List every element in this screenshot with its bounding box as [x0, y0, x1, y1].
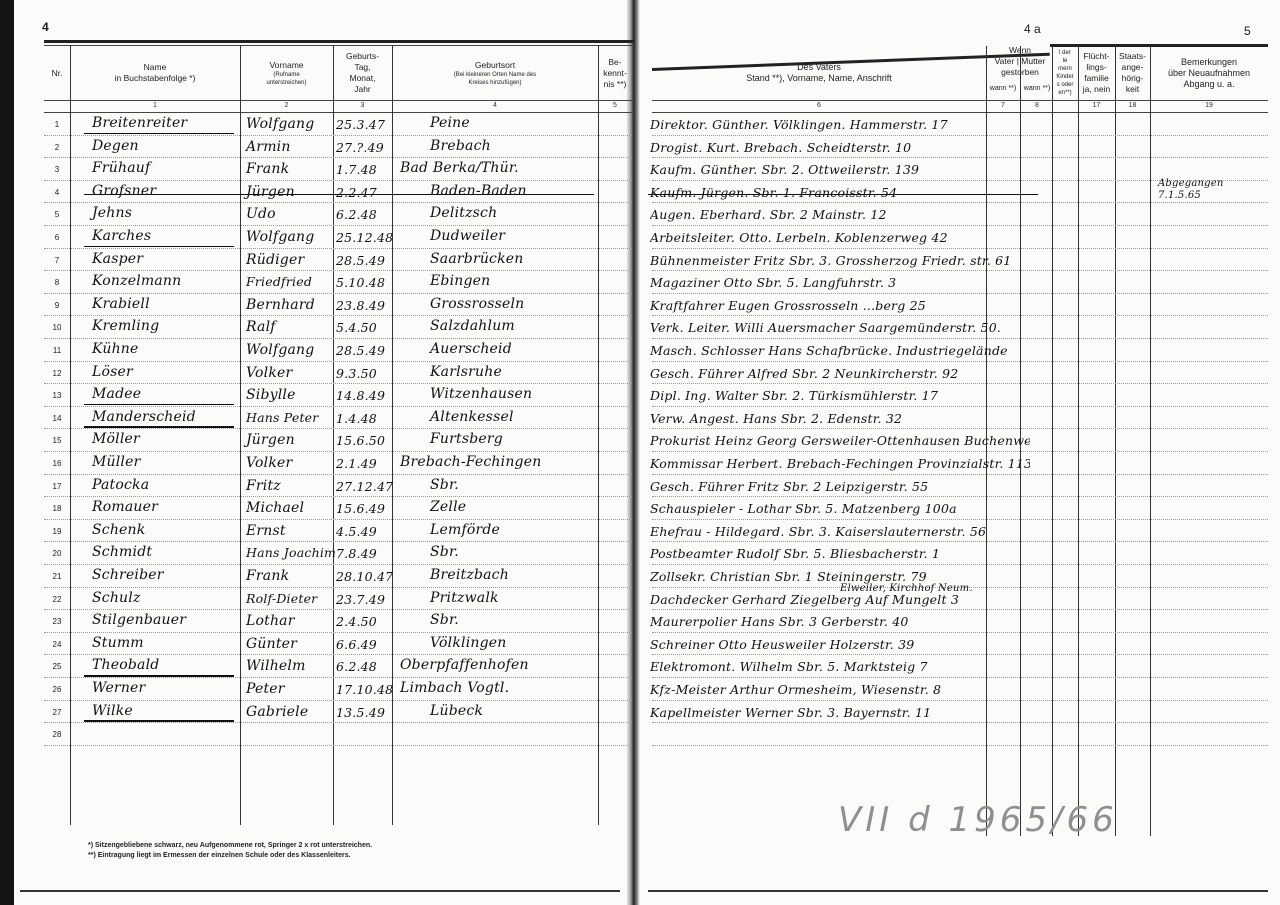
column-divider-right	[1078, 46, 1079, 836]
row-number: 5	[47, 210, 67, 219]
student-surname[interactable]: Möller	[92, 431, 140, 447]
bottom-rule-left	[20, 890, 620, 892]
column-number: 2	[240, 102, 333, 109]
student-firstname[interactable]: Volker	[246, 455, 292, 471]
student-firstname[interactable]: Wilhelm	[246, 658, 306, 674]
birth-place[interactable]: Grossrosseln	[430, 296, 524, 312]
father-info[interactable]: Elektromont. Wilhelm Sbr. 5. Marktsteig …	[650, 659, 928, 674]
birth-place[interactable]: Sbr.	[430, 612, 459, 628]
birth-place[interactable]: Witzenhausen	[430, 386, 532, 402]
birth-place[interactable]: Oberpfaffenhofen	[400, 657, 529, 673]
birth-place[interactable]: Lemförde	[430, 522, 500, 538]
father-info[interactable]: Gesch. Führer Alfred Sbr. 2 Neunkirchers…	[650, 366, 958, 381]
student-firstname[interactable]: Udo	[246, 206, 276, 222]
row-line	[652, 677, 1268, 678]
birth-date[interactable]: 28.10.47	[336, 569, 393, 584]
column-number: 7	[986, 102, 1020, 109]
column-header-partial: l derlemernKinders oderen**)	[1052, 46, 1078, 100]
header-rule-left	[44, 100, 634, 101]
row-line	[652, 202, 1268, 203]
student-firstname[interactable]: Armin	[246, 139, 291, 155]
row-number: 22	[47, 595, 67, 604]
column-divider-right	[1115, 46, 1116, 836]
name-underline	[84, 404, 234, 406]
row-line	[652, 745, 1268, 746]
student-firstname[interactable]: Frank	[246, 568, 289, 584]
student-surname[interactable]: Frühauf	[92, 160, 150, 176]
remark-departure[interactable]: Abgegangen 7.1.5.65	[1158, 178, 1224, 202]
row-line	[44, 202, 632, 203]
student-surname[interactable]: Werner	[92, 680, 145, 696]
birth-date[interactable]: 4.5.49	[336, 524, 377, 539]
row-number: 6	[47, 233, 67, 242]
birth-place[interactable]: Zelle	[430, 499, 466, 515]
row-line	[44, 700, 632, 701]
father-info[interactable]: Dipl. Ing. Walter Sbr. 2. Türkismühlerst…	[650, 388, 938, 403]
student-surname[interactable]: Degen	[92, 138, 139, 154]
student-surname[interactable]: Stilgenbauer	[92, 612, 186, 628]
birth-place[interactable]: Pritzwalk	[430, 590, 499, 606]
row-line	[652, 248, 1268, 249]
scan-edge-left	[0, 0, 14, 905]
row-line	[44, 180, 632, 181]
birth-place[interactable]: Breitzbach	[430, 567, 509, 583]
header-rule-right	[652, 100, 1268, 101]
student-firstname[interactable]: Fritz	[246, 478, 281, 494]
birth-date[interactable]: 27.?.49	[336, 140, 384, 155]
birth-place[interactable]: Lübeck	[430, 703, 483, 719]
birth-date[interactable]: 25.12.48	[336, 230, 393, 245]
row-number: 3	[47, 165, 67, 174]
row-line	[44, 451, 632, 452]
row-line	[44, 428, 632, 429]
row-strikethrough-left	[84, 194, 594, 196]
row-line	[44, 564, 632, 565]
row-line	[44, 248, 632, 249]
row-line	[44, 157, 632, 158]
student-firstname[interactable]: Rolf-Dieter	[246, 591, 317, 606]
page-number-middle: 4 a	[1024, 22, 1041, 36]
name-underline	[84, 133, 234, 135]
row-number: 10	[47, 323, 67, 332]
father-info[interactable]: Ehefrau - Hildegard. Sbr. 3. Kaiserslaut…	[650, 524, 986, 539]
student-surname[interactable]: Patocka	[92, 477, 149, 493]
column-header-geburtsort: Geburtsort(Bei kleineren Orten Name desK…	[392, 46, 598, 100]
page-number-right: 5	[1244, 24, 1251, 38]
birth-date[interactable]: 15.6.49	[336, 501, 385, 516]
column-number: 1	[70, 102, 240, 109]
row-line	[652, 293, 1268, 294]
column-divider-left	[392, 45, 393, 825]
father-info[interactable]: Schauspieler - Lothar Sbr. 5. Matzenberg…	[650, 501, 957, 516]
father-info[interactable]: Postbeamter Rudolf Sbr. 5. Bliesbacherst…	[650, 546, 940, 561]
student-firstname[interactable]: Bernhard	[246, 297, 315, 313]
row-line	[44, 135, 632, 136]
student-surname[interactable]: Kasper	[92, 251, 143, 267]
row-strikethrough-right	[648, 194, 1038, 196]
father-info[interactable]: Kommissar Herbert. Brebach-Fechingen Pro…	[650, 456, 1030, 471]
birth-place[interactable]: Limbach Vogtl.	[400, 680, 509, 696]
student-firstname[interactable]: Friedfried	[246, 274, 312, 289]
column-divider-right	[1150, 46, 1151, 836]
birth-place[interactable]: Baden-Baden	[430, 183, 527, 199]
birth-date[interactable]: 5.4.50	[336, 320, 377, 335]
column-number: 3	[333, 102, 392, 109]
row-number: 8	[47, 278, 67, 287]
student-surname[interactable]: Müller	[92, 454, 140, 470]
father-info[interactable]: Drogist. Kurt. Brebach. Scheidterstr. 10	[650, 140, 911, 155]
row-line	[44, 677, 632, 678]
column-header-vater: Des VatersStand **), Vorname, Name, Ansc…	[652, 46, 986, 100]
student-firstname[interactable]: Volker	[246, 365, 292, 381]
birth-date[interactable]: 15.6.50	[336, 433, 385, 448]
row-line	[44, 722, 632, 723]
name-underline	[84, 720, 234, 722]
birth-date[interactable]: 17.10.48	[336, 682, 393, 697]
father-info[interactable]: Magaziner Otto Sbr. 5. Langfuhrstr. 3	[650, 275, 896, 290]
row-line	[652, 361, 1268, 362]
father-info[interactable]: Dachdecker Gerhard Ziegelberg Auf Mungel…	[650, 592, 959, 607]
row-number: 9	[47, 301, 67, 310]
student-firstname[interactable]: Ernst	[246, 523, 286, 539]
pencil-class-annotation: VII d 1965/66	[838, 800, 1118, 840]
student-surname[interactable]: Breitenreiter	[92, 115, 187, 131]
student-firstname[interactable]: Michael	[246, 500, 304, 516]
row-line	[44, 383, 632, 384]
row-number: 12	[47, 369, 67, 378]
birth-place[interactable]: Brebach	[430, 138, 491, 154]
birth-place[interactable]: Sbr.	[430, 477, 459, 493]
row-line	[44, 338, 632, 339]
row-number: 23	[47, 617, 67, 626]
student-firstname[interactable]: Frank	[246, 161, 289, 177]
column-number: 17	[1078, 102, 1115, 109]
row-line	[652, 541, 1268, 542]
student-firstname[interactable]: Jürgen	[246, 184, 295, 200]
birth-date[interactable]: 23.7.49	[336, 592, 385, 607]
father-info[interactable]: Kapellmeister Werner Sbr. 3. Bayernstr. …	[650, 705, 931, 720]
student-surname[interactable]: Jehns	[92, 205, 132, 221]
birth-place[interactable]: Brebach-Fechingen	[400, 454, 541, 470]
row-line	[652, 609, 1268, 610]
birth-place[interactable]: Bad Berka/Thür.	[400, 160, 519, 176]
column-number: 6	[652, 102, 986, 109]
name-underline	[84, 246, 234, 248]
student-surname[interactable]: Kremling	[92, 318, 159, 334]
column-number: 5	[598, 102, 632, 109]
row-number: 24	[47, 640, 67, 649]
student-firstname[interactable]: Hans Peter	[246, 410, 318, 425]
student-surname[interactable]: Wilke	[92, 703, 133, 719]
birth-place[interactable]: Sbr.	[430, 544, 459, 560]
father-info[interactable]: Kfz-Meister Arthur Ormesheim, Wiesenstr.…	[650, 682, 941, 697]
row-number: 4	[47, 188, 67, 197]
row-line	[44, 609, 632, 610]
top-rule-left	[44, 40, 634, 43]
student-surname[interactable]: Grofsner	[92, 183, 156, 199]
column-header-staats: Staats-ange-hörig-keit	[1115, 46, 1150, 100]
birth-place[interactable]: Peine	[430, 115, 470, 131]
row-number: 18	[47, 504, 67, 513]
row-number: 13	[47, 391, 67, 400]
father-info[interactable]: Kraftfahrer Eugen Grossrosseln ...berg 2…	[650, 298, 926, 313]
column-divider-left	[333, 45, 334, 825]
colnum-rule-right	[652, 112, 1268, 113]
student-firstname[interactable]: Peter	[246, 681, 285, 697]
student-firstname[interactable]: Ralf	[246, 319, 276, 335]
row-line	[652, 406, 1268, 407]
student-surname[interactable]: Stumm	[92, 635, 144, 651]
father-info[interactable]: Verk. Leiter. Willi Auersmacher Saargemü…	[650, 320, 1001, 335]
birth-place[interactable]: Karlsruhe	[430, 364, 502, 380]
row-line	[652, 722, 1268, 723]
row-number: 28	[47, 730, 67, 739]
column-divider-left	[70, 45, 71, 825]
row-number: 15	[47, 436, 67, 445]
student-surname[interactable]: Löser	[92, 364, 133, 380]
row-line	[44, 225, 632, 226]
student-firstname[interactable]: Gabriele	[246, 704, 308, 720]
birth-place[interactable]: Delitzsch	[430, 205, 497, 221]
row-line	[44, 519, 632, 520]
row-line	[652, 157, 1268, 158]
row-line	[44, 587, 632, 588]
birth-date[interactable]: 23.8.49	[336, 298, 385, 313]
column-header-name: Namein Buchstabenfolge *)	[70, 46, 240, 100]
column-number: 4	[392, 102, 598, 109]
row-line	[652, 496, 1268, 497]
student-surname[interactable]: Schreiber	[92, 567, 164, 583]
row-line	[44, 406, 632, 407]
row-line	[652, 654, 1268, 655]
birth-date[interactable]: 7.8.49	[336, 546, 377, 561]
father-info[interactable]: Gesch. Führer Fritz Sbr. 2 Leipzigerstr.…	[650, 479, 928, 494]
birth-date[interactable]: 5.10.48	[336, 275, 385, 290]
birth-place[interactable]: Dudweiler	[430, 228, 505, 244]
student-surname[interactable]: Karches	[92, 228, 151, 244]
row-number: 16	[47, 459, 67, 468]
row-line	[44, 270, 632, 271]
birth-date[interactable]: 1.4.48	[336, 411, 377, 426]
footnote-2: **) Eintragung liegt im Ermessen der ein…	[88, 852, 351, 859]
column-number: 19	[1150, 102, 1268, 109]
birth-place[interactable]: Furtsberg	[430, 431, 503, 447]
row-line	[44, 632, 632, 633]
birth-place[interactable]: Völklingen	[430, 635, 506, 651]
father-info[interactable]: Direktor. Günther. Völklingen. Hammerstr…	[650, 117, 948, 132]
row-line	[652, 135, 1268, 136]
father-info[interactable]: Masch. Schlosser Hans Schafbrücke. Indus…	[650, 343, 1008, 358]
row-number: 25	[47, 662, 67, 671]
row-line	[44, 496, 632, 497]
birth-date[interactable]: 1.7.48	[336, 162, 377, 177]
student-firstname[interactable]: Hans Joachim	[246, 545, 336, 560]
column-header-nr: Nr.	[44, 46, 70, 100]
column-header-wann_mutter: wann **)	[1020, 78, 1054, 98]
birth-date[interactable]: 28.5.49	[336, 253, 385, 268]
student-surname[interactable]: Theobald	[92, 657, 159, 673]
birth-date[interactable]: 2.4.50	[336, 614, 377, 629]
birth-date[interactable]: 6.2.48	[336, 659, 377, 674]
row-line	[652, 451, 1268, 452]
father-address-correction[interactable]: Elweiler, Kirchhof Neum.	[840, 583, 973, 594]
student-surname[interactable]: Krabiell	[92, 296, 150, 312]
student-surname[interactable]: Kühne	[92, 341, 139, 357]
row-number: 20	[47, 549, 67, 558]
row-number: 26	[47, 685, 67, 694]
birth-date[interactable]: 27.12.47	[336, 479, 393, 494]
row-line	[652, 632, 1268, 633]
student-firstname[interactable]: Lothar	[246, 613, 295, 629]
row-line	[652, 428, 1268, 429]
father-info[interactable]: Kaufm. Günther. Sbr. 2. Ottweilerstr. 13…	[650, 162, 919, 177]
row-number: 19	[47, 527, 67, 536]
father-info[interactable]: Arbeitsleiter. Otto. Lerbeln. Koblenzerw…	[650, 230, 948, 245]
row-line	[44, 293, 632, 294]
student-firstname[interactable]: Jürgen	[246, 432, 295, 448]
father-info[interactable]: Prokurist Heinz Georg Gersweiler-Ottenha…	[650, 433, 1030, 448]
student-surname[interactable]: Romauer	[92, 499, 158, 515]
student-surname[interactable]: Schmidt	[92, 544, 152, 560]
birth-place[interactable]: Salzdahlum	[430, 318, 515, 334]
footnote-1: *) Sitzengebliebene schwarz, neu Aufgeno…	[88, 842, 372, 849]
birth-place[interactable]: Ebingen	[430, 273, 490, 289]
father-info[interactable]: Schreiner Otto Heusweiler Holzerstr. 39	[650, 637, 914, 652]
birth-place[interactable]: Saarbrücken	[430, 251, 523, 267]
birth-date[interactable]: 6.2.48	[336, 207, 377, 222]
row-number: 14	[47, 414, 67, 423]
student-surname[interactable]: Manderscheid	[92, 409, 196, 425]
student-surname[interactable]: Schulz	[92, 590, 141, 606]
colnum-rule-left	[44, 112, 634, 113]
row-line	[652, 225, 1268, 226]
birth-date[interactable]: 14.8.49	[336, 388, 385, 403]
row-line	[652, 564, 1268, 565]
student-firstname[interactable]: Wolfgang	[246, 229, 314, 245]
student-firstname[interactable]: Günter	[246, 636, 297, 652]
column-header-bemerk: Bemerkungenüber NeuaufnahmenAbgang u. a.	[1150, 46, 1268, 100]
row-line	[44, 541, 632, 542]
column-number: 8	[1020, 102, 1054, 109]
birth-date[interactable]: 28.5.49	[336, 343, 385, 358]
row-line	[652, 315, 1268, 316]
father-info[interactable]: Maurerpolier Hans Sbr. 3 Gerberstr. 40	[650, 614, 909, 629]
father-info[interactable]: Verw. Angest. Hans Sbr. 2. Edenstr. 32	[650, 411, 902, 426]
birth-place[interactable]: Altenkessel	[430, 409, 514, 425]
column-header-geburtstag: Geburts-Tag,Monat,Jahr	[333, 46, 392, 100]
column-header-wann_vater: wann **)	[986, 78, 1020, 98]
student-surname[interactable]: Madee	[92, 386, 141, 402]
column-header-fluecht: Flücht-lings-familieja, nein	[1078, 46, 1115, 100]
birth-date[interactable]: 2.2.47	[336, 185, 377, 200]
column-header-vorname: Vorname(Rufnameunterstreichen)	[240, 46, 333, 100]
student-firstname[interactable]: Rüdiger	[246, 252, 304, 268]
row-line	[652, 338, 1268, 339]
row-line	[44, 361, 632, 362]
birth-date[interactable]: 9.3.50	[336, 366, 377, 381]
birth-date[interactable]: 6.6.49	[336, 637, 377, 652]
row-number: 17	[47, 482, 67, 491]
father-info[interactable]: Kaufm. Jürgen. Sbr. 1. Francoisstr. 54	[650, 185, 897, 200]
column-number: 18	[1115, 102, 1150, 109]
column-divider-right	[1052, 46, 1053, 836]
row-line	[44, 315, 632, 316]
student-firstname[interactable]: Wolfgang	[246, 116, 314, 132]
row-line	[652, 383, 1268, 384]
birth-place[interactable]: Auerscheid	[430, 341, 512, 357]
row-line	[44, 654, 632, 655]
row-line	[44, 474, 632, 475]
column-divider-left	[598, 45, 599, 825]
student-firstname[interactable]: Sibylle	[246, 387, 296, 403]
student-surname[interactable]: Konzelmann	[92, 273, 181, 289]
row-number: 2	[47, 143, 67, 152]
name-underline	[84, 426, 234, 428]
row-line	[652, 700, 1268, 701]
column-header-bekenntnis: Be-kennt-nis **)	[598, 46, 632, 100]
column-header-gestorben: WennVater | Muttergestorben	[986, 46, 1054, 76]
birth-date[interactable]: 2.1.49	[336, 456, 377, 471]
row-line	[652, 270, 1268, 271]
row-number: 1	[47, 120, 67, 129]
name-underline	[84, 675, 234, 677]
bottom-rule-right	[648, 890, 1268, 892]
row-number: 11	[47, 346, 67, 355]
page-number-left: 4	[42, 20, 49, 34]
row-number: 7	[47, 256, 67, 265]
father-info[interactable]: Bühnenmeister Fritz Sbr. 3. Grossherzog …	[650, 253, 1011, 268]
student-firstname[interactable]: Wolfgang	[246, 342, 314, 358]
row-number: 21	[47, 572, 67, 581]
birth-date[interactable]: 25.3.47	[336, 117, 385, 132]
row-number: 27	[47, 708, 67, 717]
student-surname[interactable]: Schenk	[92, 522, 145, 538]
column-divider-left	[240, 45, 241, 825]
row-line	[652, 519, 1268, 520]
row-line	[652, 474, 1268, 475]
book-spine	[626, 0, 640, 905]
birth-date[interactable]: 13.5.49	[336, 705, 385, 720]
row-line	[44, 745, 632, 746]
father-info[interactable]: Augen. Eberhard. Sbr. 2 Mainstr. 12	[650, 207, 887, 222]
